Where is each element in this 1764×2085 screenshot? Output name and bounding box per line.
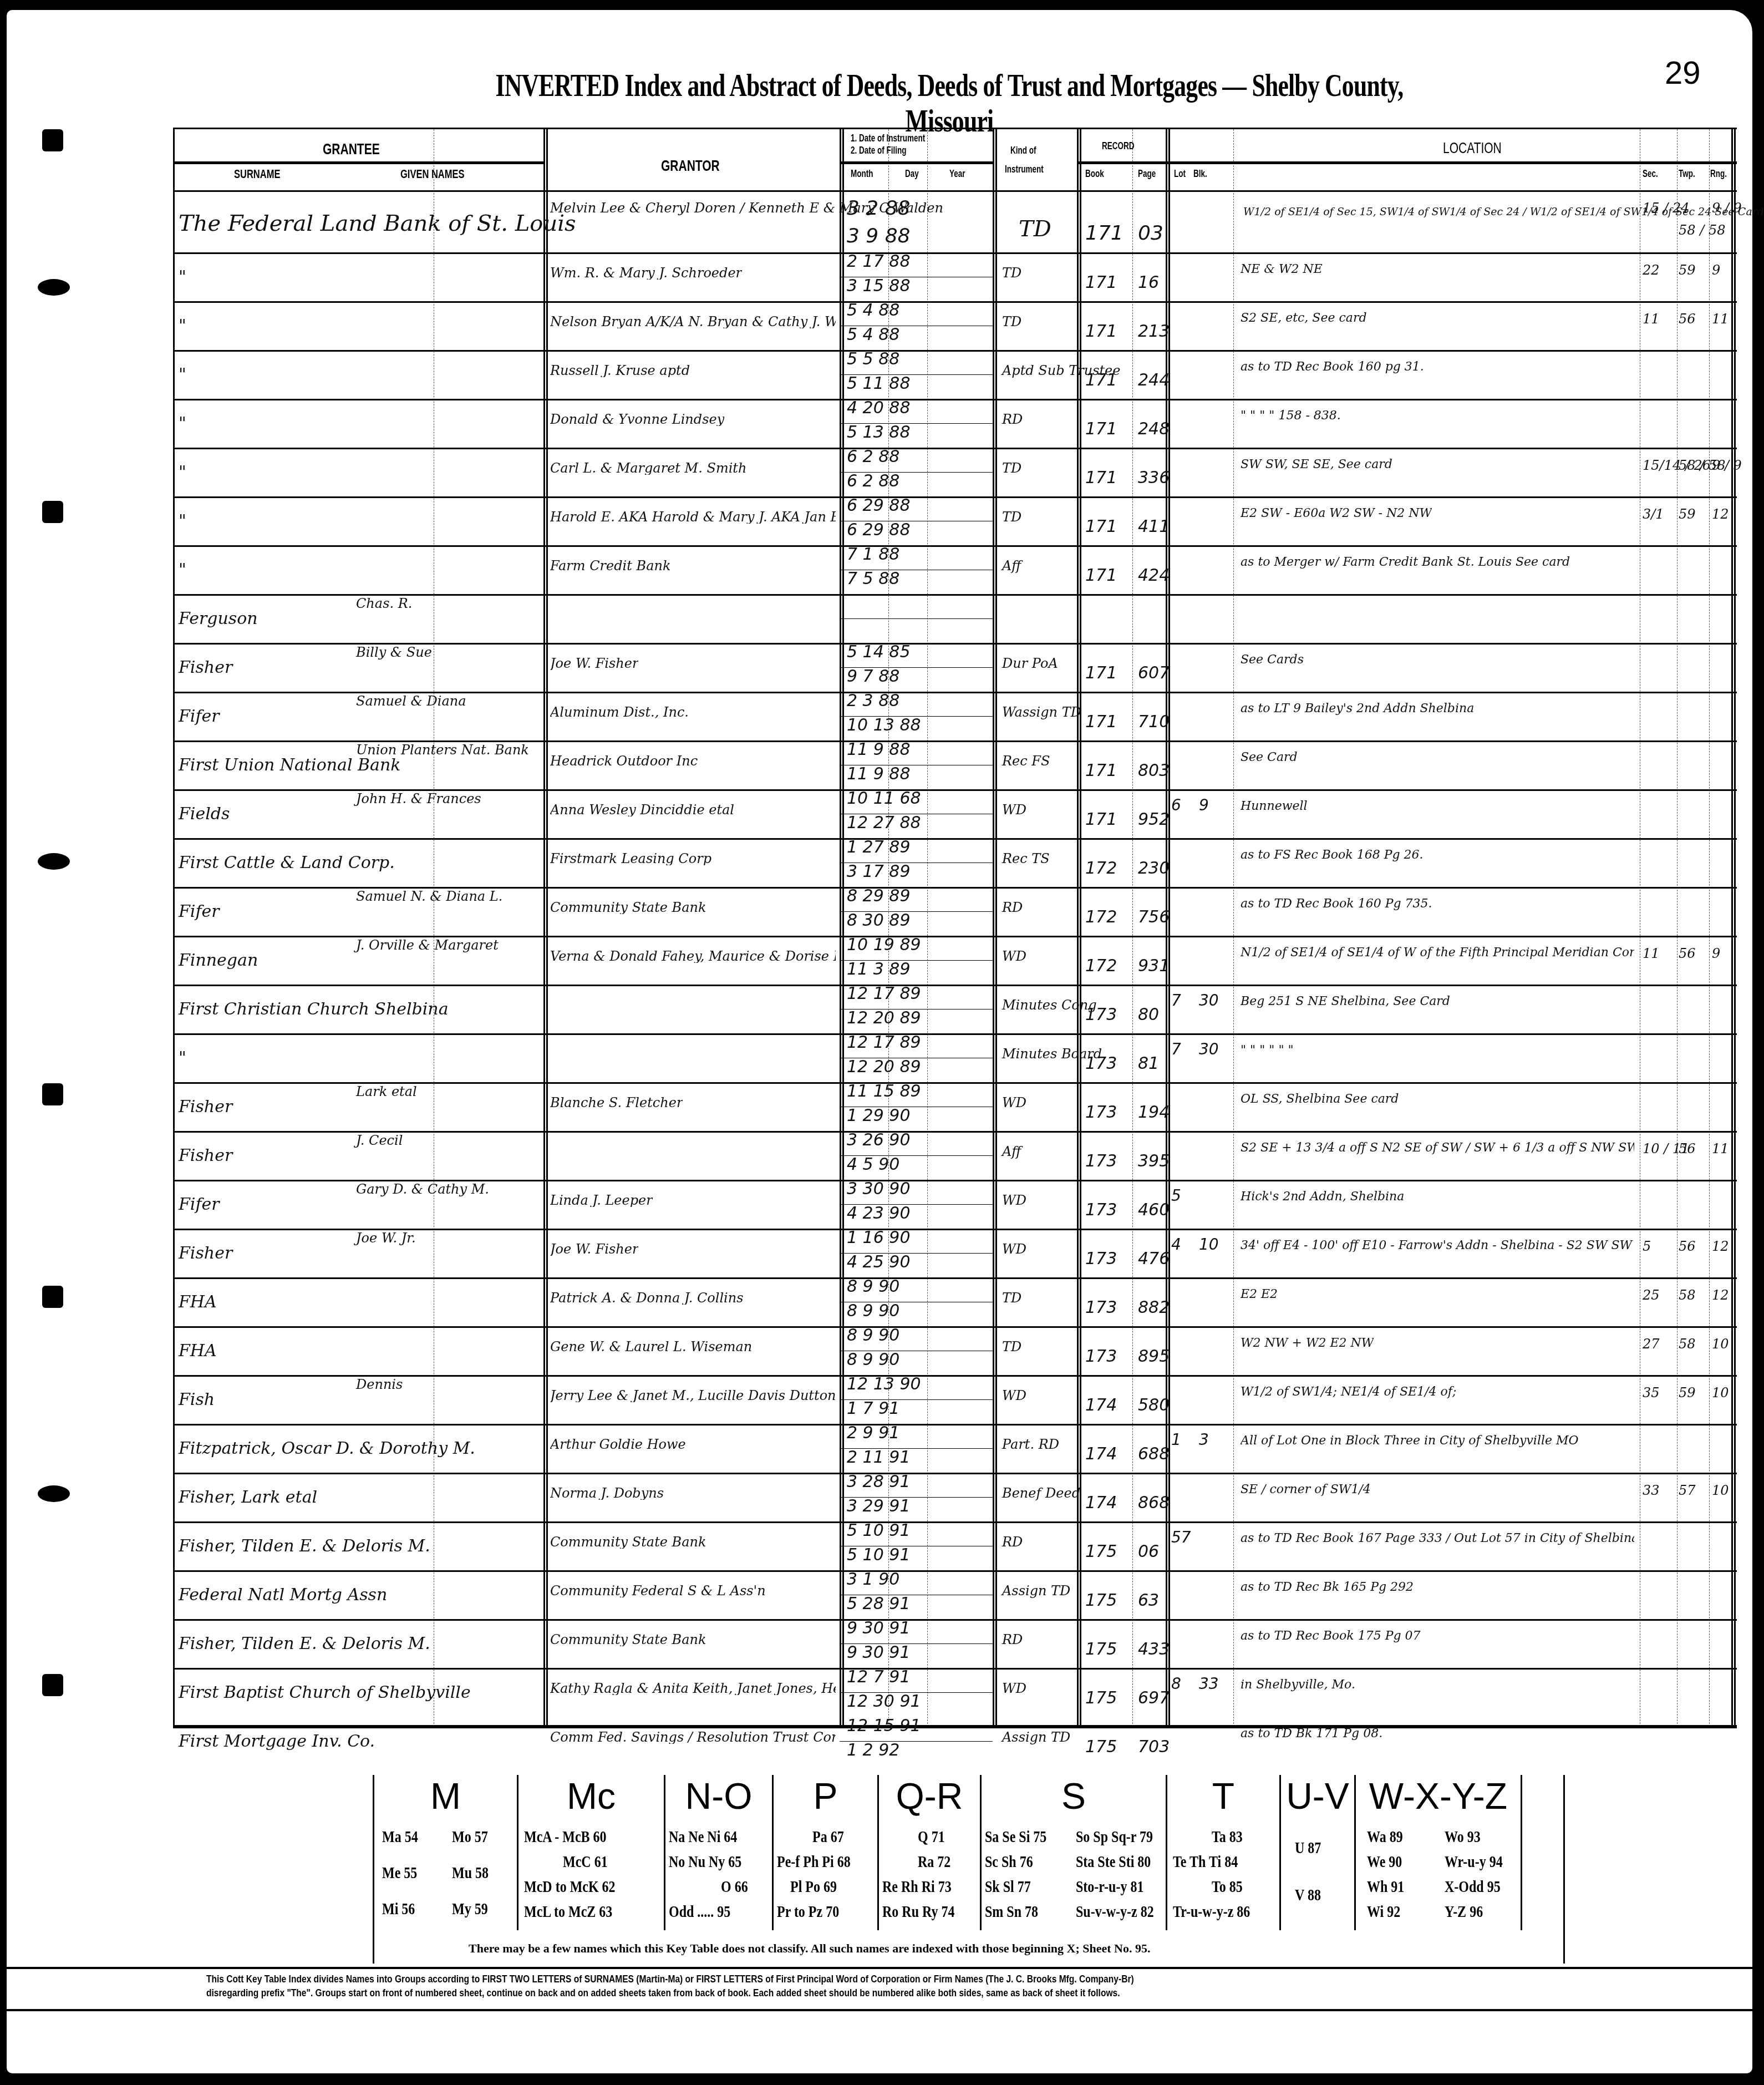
date-instrument-cell: 12 7 91 bbox=[847, 1669, 911, 1686]
grantee-cell: " bbox=[179, 415, 186, 432]
date-instrument-header: 1. Date of Instrument bbox=[851, 133, 925, 144]
date-instrument-cell: 12 13 90 bbox=[847, 1376, 921, 1393]
grantee-cell: Fisher, Lark etal bbox=[179, 1489, 317, 1506]
blk-cell: 3 bbox=[1199, 1432, 1209, 1448]
footer-rule bbox=[7, 2009, 1752, 2011]
row-divider bbox=[173, 1473, 1737, 1474]
kind-cell: Rec TS bbox=[1002, 852, 1050, 865]
ledger-table: GRANTEE SURNAME GIVEN NAMES GRANTOR 1. D… bbox=[173, 128, 1737, 1725]
lot-cell: 57 bbox=[1171, 1530, 1191, 1545]
row-divider bbox=[173, 1619, 1737, 1621]
binder-hole bbox=[38, 279, 70, 296]
key-entry: Ra 72 bbox=[918, 1853, 950, 1871]
grantee-cell: FHA bbox=[179, 1343, 217, 1359]
grantor-header: GRANTOR bbox=[661, 157, 720, 175]
key-entry: Pa 67 bbox=[812, 1828, 844, 1846]
lot-header: Lot bbox=[1174, 168, 1186, 180]
location-cell: See Cards bbox=[1241, 654, 1304, 666]
date-filing-cell: 7 5 88 bbox=[847, 571, 899, 587]
key-group-m: M Ma 54 Me 55 Mi 56 Mo 57 Mu 58 My 59 bbox=[374, 1775, 518, 1930]
grantee-cell: Fisher bbox=[179, 660, 232, 676]
sec-cell: 3/1 bbox=[1643, 508, 1664, 521]
key-entry: V 88 bbox=[1295, 1886, 1321, 1905]
grantee-cell: " bbox=[179, 513, 186, 530]
row-divider bbox=[173, 190, 1737, 192]
key-letter: U-V bbox=[1281, 1775, 1354, 1817]
twp-cell: 58 bbox=[1679, 1288, 1696, 1302]
rng-cell: 12 bbox=[1712, 1240, 1729, 1253]
column-divider bbox=[1132, 129, 1133, 1727]
grantor-cell: Patrick A. & Donna J. Collins bbox=[550, 1291, 744, 1305]
key-entry: McC 61 bbox=[563, 1853, 608, 1871]
page-cell: 63 bbox=[1138, 1592, 1159, 1609]
date-instrument-cell: 7 1 88 bbox=[847, 546, 899, 563]
location-cell: in Shelbyville, Mo. bbox=[1241, 1679, 1355, 1691]
grantee-cell: First Union National Bank bbox=[179, 757, 400, 774]
page-cell: 433 bbox=[1138, 1641, 1170, 1658]
grantee-cell: Fish bbox=[179, 1392, 215, 1408]
date-instrument-cell: 11 15 89 bbox=[847, 1083, 921, 1100]
column-divider bbox=[840, 129, 844, 1727]
footer-line-1: This Cott Key Table Index divides Names … bbox=[206, 1974, 1134, 1986]
grantee-cell: Fisher, Tilden E. & Deloris M. bbox=[179, 1636, 430, 1652]
date-filing-cell: 8 9 90 bbox=[847, 1352, 899, 1368]
lot-cell: 7 bbox=[1171, 993, 1181, 1008]
rng-cell: 12 bbox=[1712, 508, 1729, 521]
kind-cell: TD bbox=[1002, 1291, 1021, 1305]
date-filing-cell: 1 2 92 bbox=[847, 1742, 899, 1759]
key-entry: McL to McZ 63 bbox=[524, 1903, 612, 1921]
date-instrument-cell: 1 27 89 bbox=[847, 839, 911, 856]
date-filing-cell: 3 29 91 bbox=[847, 1498, 911, 1515]
twp-cell: 58 bbox=[1679, 1337, 1696, 1351]
page-cell: 395 bbox=[1138, 1153, 1170, 1170]
blk-cell: 30 bbox=[1199, 1042, 1219, 1057]
date-filing-cell: 3 17 89 bbox=[847, 864, 911, 880]
grantee-cell: First Mortgage Inv. Co. bbox=[179, 1733, 375, 1750]
date-instrument-cell: 5 4 88 bbox=[847, 302, 899, 319]
kind-cell: WD bbox=[1002, 1242, 1026, 1256]
grantee-cell: Fisher bbox=[179, 1099, 232, 1115]
row-divider bbox=[173, 496, 1737, 498]
sec-cell: 15 / 24 bbox=[1643, 201, 1689, 215]
key-entry: Mu 58 bbox=[452, 1864, 489, 1883]
grantee-cell: Fifer bbox=[179, 904, 220, 920]
lot-cell: 4 bbox=[1171, 1237, 1181, 1252]
row-divider bbox=[173, 1326, 1737, 1328]
kind-cell: WD bbox=[1002, 950, 1026, 963]
grantee-cell: " bbox=[179, 1050, 186, 1067]
kind-header: Kind of bbox=[1010, 145, 1036, 156]
location-cell: as to TD Bk 171 Pg 08. bbox=[1241, 1728, 1382, 1740]
key-entry: Ta 83 bbox=[1212, 1828, 1243, 1846]
grantor-cell: Verna & Donald Fahey, Maurice & Dorise F… bbox=[550, 950, 836, 963]
given-names-cell: Lark etal bbox=[356, 1085, 417, 1098]
location-cell: N1/2 of SE1/4 of SE1/4 of W of the Fifth… bbox=[1241, 947, 1634, 959]
location-cell: as to TD Rec Book 167 Page 333 / Out Lot… bbox=[1241, 1533, 1634, 1545]
location-cell: E2 SW - E60a W2 SW - N2 NW bbox=[1241, 508, 1432, 520]
given-names-cell: J. Cecil bbox=[356, 1134, 403, 1147]
date-instrument-cell: 8 9 90 bbox=[847, 1327, 899, 1344]
key-entry: To 85 bbox=[1212, 1878, 1243, 1896]
key-entry: Na Ne Ni 64 bbox=[669, 1828, 737, 1846]
kind-cell: TD bbox=[1002, 510, 1021, 524]
book-cell: 175 bbox=[1085, 1544, 1117, 1560]
binder-hole bbox=[38, 1485, 70, 1502]
rng-cell: 9 / 9 bbox=[1712, 459, 1742, 472]
page-cell: 868 bbox=[1138, 1495, 1170, 1511]
location-cell: W1/2 of SW1/4; NE1/4 of SE1/4 of; bbox=[1241, 1386, 1456, 1398]
book-cell: 171 bbox=[1085, 714, 1117, 730]
twp-header: Twp. bbox=[1679, 168, 1695, 180]
key-entry: Pr to Pz 70 bbox=[777, 1903, 839, 1921]
page-cell: 882 bbox=[1138, 1300, 1170, 1316]
header-rule bbox=[1077, 161, 1170, 164]
grantor-cell: Nelson Bryan A/K/A N. Bryan & Cathy J. W… bbox=[550, 315, 836, 328]
kind-cell: Wassign TD bbox=[1002, 706, 1081, 719]
date-instrument-cell: 12 15 91 bbox=[847, 1718, 921, 1734]
page-cell: 710 bbox=[1138, 714, 1170, 730]
date-filing-cell: 4 5 90 bbox=[847, 1156, 899, 1173]
page-cell: 424 bbox=[1138, 567, 1170, 584]
twp-cell: 56 bbox=[1679, 1240, 1696, 1253]
book-cell: 171 bbox=[1085, 519, 1117, 535]
kind-cell: RD bbox=[1002, 1535, 1023, 1549]
page-cell: 952 bbox=[1138, 811, 1170, 828]
key-group-q-r: Q-R Q 71 Ra 72 Re Rh Ri 73 Ro Ru Ry 74 bbox=[879, 1775, 982, 1930]
book-cell: 173 bbox=[1085, 1348, 1117, 1365]
kind-cell: WD bbox=[1002, 1096, 1026, 1109]
twp-cell: 56 bbox=[1679, 947, 1696, 960]
location-cell: OL SS, Shelbina See card bbox=[1241, 1093, 1399, 1105]
grantor-cell: Headrick Outdoor Inc bbox=[550, 754, 698, 768]
page-cell: 80 bbox=[1138, 1007, 1159, 1023]
book-cell: 171 bbox=[1085, 421, 1117, 438]
blk-cell: 9 bbox=[1199, 798, 1209, 813]
rng-cell: 11 bbox=[1712, 312, 1729, 326]
binder-hole bbox=[42, 1674, 63, 1696]
date-instrument-cell: 6 2 88 bbox=[847, 449, 899, 465]
grantor-cell: Anna Wesley Dinciddie etal bbox=[550, 803, 734, 816]
book-header: Book bbox=[1085, 168, 1104, 180]
twp-cell: 59 bbox=[1679, 263, 1696, 277]
given-names-cell: J. Orville & Margaret bbox=[356, 938, 499, 952]
given-names-cell: Union Planters Nat. Bank bbox=[356, 743, 529, 757]
key-entry: Odd ..... 95 bbox=[669, 1903, 730, 1921]
kind-cell: Assign TD bbox=[1002, 1731, 1070, 1744]
date-filing-cell: 3 9 88 bbox=[847, 226, 911, 246]
month-header: Month bbox=[851, 168, 873, 180]
date-filing-cell: 12 27 88 bbox=[847, 815, 921, 831]
page-cell: 580 bbox=[1138, 1397, 1170, 1414]
blk-cell: 30 bbox=[1199, 993, 1219, 1008]
column-divider bbox=[1233, 129, 1234, 1727]
date-instrument-cell: 3 1 90 bbox=[847, 1571, 899, 1588]
grantee-cell: " bbox=[179, 464, 186, 481]
rng-cell: 10 bbox=[1712, 1484, 1729, 1497]
date-filing-cell: 9 7 88 bbox=[847, 668, 899, 685]
kind-cell: Benef Deed bbox=[1002, 1487, 1080, 1500]
page-cell: 16 bbox=[1138, 275, 1159, 291]
twp-cell: 57 bbox=[1679, 1484, 1696, 1497]
location-cell: Hunnewell bbox=[1241, 800, 1308, 813]
page-cell: 411 bbox=[1138, 519, 1170, 535]
book-cell: 175 bbox=[1085, 1641, 1117, 1658]
row-divider bbox=[173, 1033, 1737, 1035]
row-divider bbox=[173, 399, 1737, 400]
key-entry: No Nu Ny 65 bbox=[669, 1853, 741, 1871]
page-cell: 931 bbox=[1138, 958, 1170, 975]
row-divider bbox=[173, 1277, 1737, 1279]
key-table: M Ma 54 Me 55 Mi 56 Mo 57 Mu 58 My 59 Mc… bbox=[373, 1775, 1565, 1964]
grantor-cell: Linda J. Leeper bbox=[550, 1194, 653, 1207]
book-cell: 171 bbox=[1085, 665, 1117, 682]
given-names-cell: Samuel N. & Diana L. bbox=[356, 890, 502, 903]
column-divider bbox=[1677, 129, 1677, 1727]
grantee-cell: Fisher, Tilden E. & Deloris M. bbox=[179, 1538, 430, 1555]
date-instrument-cell: 3 30 90 bbox=[847, 1181, 911, 1198]
given-names-cell: Gary D. & Cathy M. bbox=[356, 1183, 489, 1196]
kind-cell: TD bbox=[1019, 218, 1051, 240]
twp-cell: 58 / 58 bbox=[1679, 224, 1725, 237]
page-cell: 336 bbox=[1138, 470, 1170, 486]
date-instrument-cell: 10 19 89 bbox=[847, 937, 921, 953]
binder-hole bbox=[38, 853, 70, 870]
date-instrument-cell: 11 9 88 bbox=[847, 742, 911, 758]
key-entry: Wh 91 bbox=[1367, 1878, 1404, 1896]
kind-cell: TD bbox=[1002, 1340, 1021, 1353]
row-divider bbox=[173, 1375, 1737, 1377]
grantee-cell: Fifer bbox=[179, 1196, 220, 1213]
key-entry: Wi 92 bbox=[1367, 1903, 1400, 1921]
date-filing-cell: 8 30 89 bbox=[847, 912, 911, 929]
key-letter: W-X-Y-Z bbox=[1356, 1775, 1521, 1817]
twp-cell: 59 bbox=[1679, 508, 1696, 521]
page-number: 29 bbox=[1665, 54, 1701, 92]
grantor-cell: Harold E. AKA Harold & Mary J. AKA Jan B… bbox=[550, 510, 836, 524]
key-entry: X-Odd 95 bbox=[1445, 1878, 1501, 1896]
page-cell: 895 bbox=[1138, 1348, 1170, 1365]
rng-cell: 11 bbox=[1712, 1142, 1729, 1155]
key-group-u-v: U-V U 87 V 88 bbox=[1281, 1775, 1356, 1930]
book-cell: 174 bbox=[1085, 1495, 1117, 1511]
date-filing-cell: 9 30 91 bbox=[847, 1645, 911, 1661]
date-filing-cell: 3 15 88 bbox=[847, 278, 911, 295]
date-instrument-cell: 5 5 88 bbox=[847, 351, 899, 368]
given-names-header: GIVEN NAMES bbox=[400, 167, 465, 181]
location-cell: as to TD Rec Book 175 Pg 07 bbox=[1241, 1630, 1421, 1642]
key-entry: Tr-u-w-y-z 86 bbox=[1173, 1903, 1250, 1921]
sec-cell: 5 bbox=[1643, 1240, 1651, 1253]
key-entry: Mo 57 bbox=[452, 1828, 488, 1846]
date-filing-cell: 5 4 88 bbox=[847, 327, 899, 343]
book-cell: 175 bbox=[1085, 1690, 1117, 1707]
page-cell: 248 bbox=[1138, 421, 1170, 438]
location-cell: NE & W2 NE bbox=[1241, 263, 1323, 276]
kind-cell: RD bbox=[1002, 1633, 1023, 1646]
book-cell: 171 bbox=[1085, 470, 1117, 486]
column-divider bbox=[543, 129, 548, 1727]
key-group-t: T Ta 83 Te Th Ti 84 To 85 Tr-u-w-y-z 86 bbox=[1167, 1775, 1281, 1930]
date-instrument-cell: 3 28 91 bbox=[847, 1474, 911, 1490]
location-cell: S2 SE + 13 3/4 a off S N2 SE of SW / SW … bbox=[1241, 1142, 1634, 1154]
date-filing-cell: 5 13 88 bbox=[847, 424, 911, 441]
key-table-note: There may be a few names which this Key … bbox=[469, 1941, 1150, 1956]
key-entry: Sc Sh 76 bbox=[985, 1853, 1033, 1871]
grantee-cell: Fisher bbox=[179, 1148, 232, 1164]
sec-cell: 35 bbox=[1643, 1386, 1660, 1399]
grantor-cell: Carl L. & Margaret M. Smith bbox=[550, 461, 746, 475]
row-divider bbox=[173, 838, 1737, 840]
date-filing-cell: 5 10 91 bbox=[847, 1547, 911, 1564]
grantor-cell: Arthur Goldie Howe bbox=[550, 1438, 686, 1451]
book-cell: 175 bbox=[1085, 1739, 1117, 1756]
lot-cell: 6 bbox=[1171, 798, 1181, 813]
twp-cell: 59 bbox=[1679, 1386, 1696, 1399]
date-filing-cell: 12 30 91 bbox=[847, 1693, 921, 1710]
key-entry: McA - McB 60 bbox=[524, 1828, 607, 1846]
twp-cell: 56 bbox=[1679, 312, 1696, 326]
page-cell: 81 bbox=[1138, 1056, 1159, 1072]
grantee-cell: " bbox=[179, 269, 186, 286]
book-cell: 175 bbox=[1085, 1592, 1117, 1609]
book-cell: 173 bbox=[1085, 1007, 1117, 1023]
grantee-header: GRANTEE bbox=[323, 140, 380, 158]
row-divider bbox=[173, 301, 1737, 303]
key-entry: So Sp Sq-r 79 bbox=[1076, 1828, 1153, 1846]
grantor-cell: Donald & Yvonne Lindsey bbox=[550, 413, 724, 426]
grantee-cell: Finnegan bbox=[179, 952, 258, 969]
page-header: Page bbox=[1138, 168, 1156, 180]
kind-cell: TD bbox=[1002, 461, 1021, 475]
page-cell: 244 bbox=[1138, 372, 1170, 389]
grantor-cell: Joe W. Fisher bbox=[550, 657, 638, 670]
kind-cell: TD bbox=[1002, 266, 1021, 280]
page-cell: 476 bbox=[1138, 1251, 1170, 1267]
sec-cell: 27 bbox=[1643, 1337, 1660, 1351]
given-names-cell: Billy & Sue bbox=[356, 646, 432, 659]
book-cell: 173 bbox=[1085, 1202, 1117, 1219]
binder-hole bbox=[42, 1083, 63, 1105]
key-entry: Wo 93 bbox=[1445, 1828, 1481, 1846]
blk-header: Blk. bbox=[1193, 168, 1207, 180]
date-filing-cell: 4 25 90 bbox=[847, 1254, 911, 1271]
grantee-cell: First Christian Church Shelbina bbox=[179, 1001, 449, 1018]
page-cell: 460 bbox=[1138, 1202, 1170, 1219]
key-entry: Te Th Ti 84 bbox=[1173, 1853, 1238, 1871]
grantee-cell: Federal Natl Mortg Assn bbox=[179, 1587, 387, 1604]
location-cell: E2 E2 bbox=[1241, 1288, 1278, 1301]
key-entry: Y-Z 96 bbox=[1445, 1903, 1483, 1921]
row-divider bbox=[173, 1131, 1737, 1133]
location-cell: as to FS Rec Book 168 Pg 26. bbox=[1241, 849, 1424, 861]
key-group-p: P Pa 67 Pe-f Ph Pi 68 Pl Po 69 Pr to Pz … bbox=[774, 1775, 879, 1930]
book-cell: 171 bbox=[1085, 811, 1117, 828]
key-entry: U 87 bbox=[1295, 1839, 1321, 1858]
key-entry: Sk Sl 77 bbox=[985, 1878, 1031, 1896]
date-instrument-cell: 8 29 89 bbox=[847, 888, 911, 905]
grantor-cell: Gene W. & Laurel L. Wiseman bbox=[550, 1340, 752, 1353]
date-instrument-cell: 2 9 91 bbox=[847, 1425, 899, 1442]
key-letter: P bbox=[774, 1775, 877, 1817]
location-cell: " " " " " " bbox=[1241, 1044, 1294, 1057]
given-names-cell: Chas. R. bbox=[356, 597, 412, 610]
instrument-header: Instrument bbox=[1005, 164, 1044, 175]
kind-cell: Aff bbox=[1002, 1145, 1021, 1158]
column-divider bbox=[1731, 129, 1736, 1727]
given-names-cell: John H. & Frances bbox=[356, 792, 481, 805]
date-instrument-cell: 9 30 91 bbox=[847, 1620, 911, 1637]
date-filing-cell: 2 11 91 bbox=[847, 1449, 911, 1466]
book-cell: 174 bbox=[1085, 1397, 1117, 1414]
lot-cell: 8 bbox=[1171, 1676, 1181, 1692]
key-entry: Sto-r-u-y 81 bbox=[1076, 1878, 1143, 1896]
kind-cell: Aff bbox=[1002, 559, 1021, 572]
kind-cell: Dur PoA bbox=[1002, 657, 1058, 670]
grantor-cell: Community State Bank bbox=[550, 1535, 706, 1549]
key-letter: M bbox=[374, 1775, 517, 1817]
row-divider bbox=[173, 1725, 1737, 1728]
sec-cell: 25 bbox=[1643, 1288, 1660, 1302]
book-cell: 172 bbox=[1085, 860, 1117, 877]
date-filing-cell: 11 9 88 bbox=[847, 766, 911, 783]
key-entry: Ma 54 bbox=[382, 1828, 418, 1846]
key-entry: We 90 bbox=[1367, 1853, 1402, 1871]
location-cell: as to TD Rec Bk 165 Pg 292 bbox=[1241, 1581, 1414, 1594]
date-divider bbox=[840, 618, 993, 619]
book-cell: 171 bbox=[1085, 763, 1117, 779]
header-rule bbox=[173, 161, 543, 164]
kind-cell: Part. RD bbox=[1002, 1438, 1059, 1451]
date-instrument-cell: 1 16 90 bbox=[847, 1230, 911, 1246]
book-cell: 171 bbox=[1085, 323, 1117, 340]
rng-cell: 9 bbox=[1712, 263, 1720, 277]
location-cell: S2 SE, etc, See card bbox=[1241, 312, 1367, 324]
rng-cell: 9 bbox=[1712, 947, 1720, 960]
location-cell: as to Merger w/ Farm Credit Bank St. Lou… bbox=[1241, 556, 1570, 569]
kind-cell: Minutes Cong bbox=[1002, 998, 1097, 1012]
date-instrument-cell: 5 10 91 bbox=[847, 1523, 911, 1539]
page-cell: 607 bbox=[1138, 665, 1170, 682]
key-entry: Pe-f Ph Pi 68 bbox=[777, 1853, 851, 1871]
grantor-cell: Community Federal S & L Ass'n bbox=[550, 1584, 766, 1597]
column-divider bbox=[1709, 129, 1710, 1727]
date-filing-cell: 6 29 88 bbox=[847, 522, 911, 539]
date-instrument-cell: 4 20 88 bbox=[847, 400, 911, 417]
key-entry: Ro Ru Ry 74 bbox=[882, 1903, 955, 1921]
grantee-cell: " bbox=[179, 318, 186, 334]
book-cell: 173 bbox=[1085, 1251, 1117, 1267]
rng-cell: 10 bbox=[1712, 1386, 1729, 1399]
row-divider bbox=[173, 448, 1737, 449]
binder-hole bbox=[42, 129, 63, 151]
key-letter: Mc bbox=[518, 1775, 664, 1817]
location-cell: W2 NW + W2 E2 NW bbox=[1241, 1337, 1374, 1350]
sec-cell: 22 bbox=[1643, 263, 1660, 277]
year-header: Year bbox=[949, 168, 965, 180]
lot-cell: 7 bbox=[1171, 1042, 1181, 1057]
page-cell: 688 bbox=[1138, 1446, 1170, 1463]
date-filing-cell: 6 2 88 bbox=[847, 473, 899, 490]
date-filing-cell: 5 28 91 bbox=[847, 1596, 911, 1612]
book-cell: 172 bbox=[1085, 909, 1117, 926]
kind-cell: TD bbox=[1002, 315, 1021, 328]
kind-cell: RD bbox=[1002, 901, 1023, 914]
key-entry: Wr-u-y 94 bbox=[1445, 1853, 1503, 1871]
grantor-cell: Kathy Ragla & Anita Keith, Janet Jones, … bbox=[550, 1682, 836, 1695]
kind-cell: WD bbox=[1002, 1194, 1026, 1207]
grantor-cell: Norma J. Dobyns bbox=[550, 1487, 664, 1500]
